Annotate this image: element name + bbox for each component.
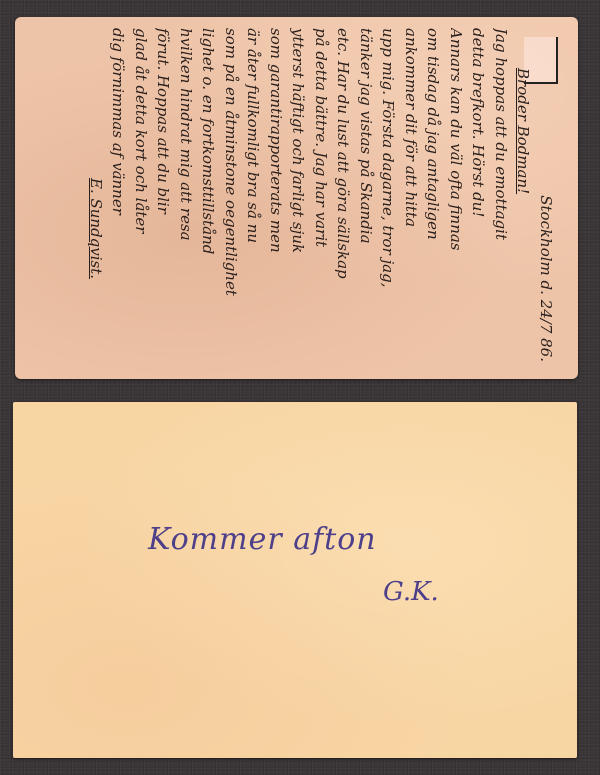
letter-line: som på en åtminstone oegentlighet [219,28,242,368]
letter-line: på detta bättre. Jag har varit [309,28,332,368]
letter-line: förut. Hoppas att du blir [152,28,175,368]
letter-line: hvilken hindrat mig att resa [174,28,197,368]
letter-line: glad åt detta kort och låter [129,28,152,368]
letter-signature: E. Sundqvist. [84,28,107,368]
letter-line: om tisdag då jag antagligen [422,28,445,368]
letter-line: Annars kan du väl ofta finnas [444,28,467,368]
letter-line: ytterst häftigt och farligt sjuk [287,28,310,368]
letter-salutation: Broder Bodman! [512,28,535,368]
postcard-front: Stockholm d. 24/7 86. Broder Bodman! Jag… [15,17,578,379]
letter-line: tänker jag vistas på Skandia [354,28,377,368]
letter-line: detta brefkort. Hörst du! [467,28,490,368]
letter-dateline: Stockholm d. 24/7 86. [534,28,557,368]
letter-line: ankommer dit för att hitta [399,28,422,368]
back-initials: G.K. [383,577,439,607]
letter-line: dig förnimmas af vänner [107,28,130,368]
back-message: Kommer afton [148,522,377,557]
postcard-back: Kommer afton G.K. [13,402,577,758]
letter-line: Jag hoppas att du emottagit [489,28,512,368]
letter-line: som garantirapporterats men [264,28,287,368]
letter-line: är åter fullkomligt bra så nu [242,28,265,368]
handwritten-letter: Stockholm d. 24/7 86. Broder Bodman! Jag… [37,28,557,368]
letter-line: lighet o. en fortkomsttillstånd [197,28,220,368]
letter-line: upp mig. Första dagarne, tror jag, [377,28,400,368]
letter-line: etc. Har du lust att göra sällskap [332,28,355,368]
